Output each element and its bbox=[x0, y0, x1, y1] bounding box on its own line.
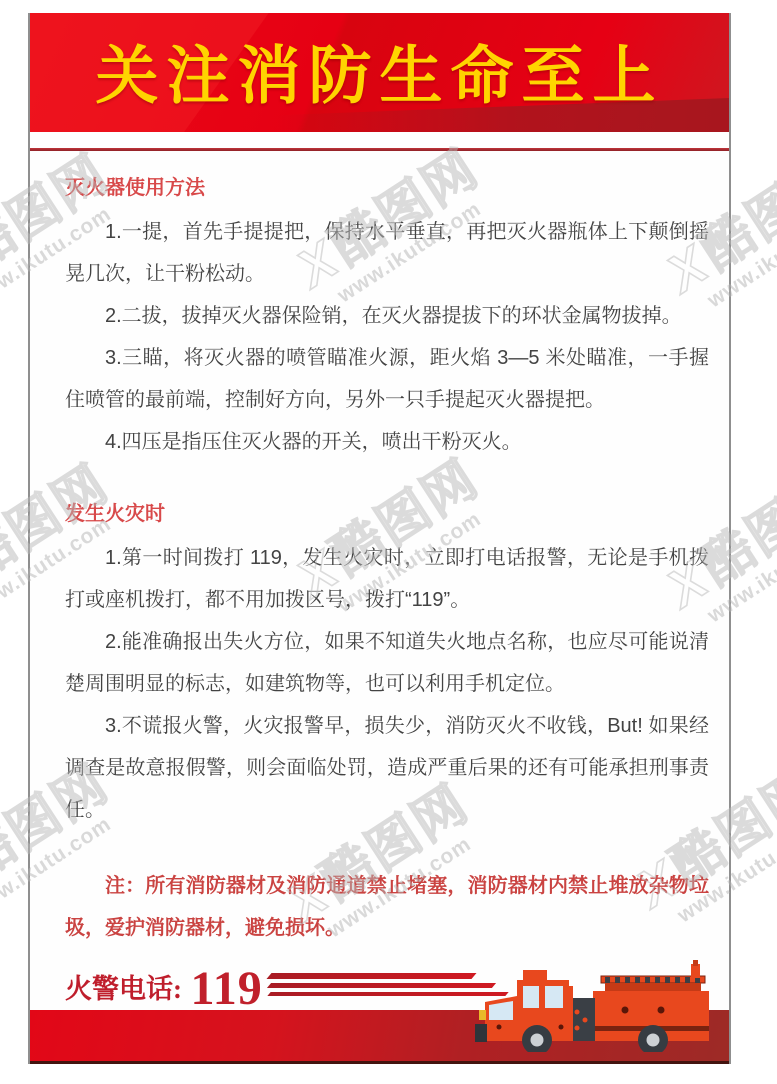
extinguisher-step-4: 4.四压是指压住灭火器的开关，喷出干粉灭火。 bbox=[65, 421, 709, 463]
banner-gap bbox=[30, 132, 729, 148]
fire-step-1: 1.第一时间拨打 119，发生火灾时，立即打电话报警，无论是手机拨打或座机拨打，… bbox=[65, 537, 709, 621]
fire-step-2: 2.能准确报出失火方位，如果不知道失火地点名称，也应尽可能说清楚周围明显的标志，… bbox=[65, 621, 709, 705]
banner: 关注消防生命至上 bbox=[30, 13, 729, 132]
poster-page: 关注消防生命至上 灭火器使用方法 1.一提，首先手提提把，保持水平垂直，再把灭火… bbox=[0, 0, 777, 1084]
footer: 火警电话: 119 bbox=[30, 939, 729, 1064]
extinguisher-step-2: 2.二拔，拔掉灭火器保险销，在灭火器提拔下的环状金属物拔掉。 bbox=[65, 295, 709, 337]
extinguisher-step-3: 3.三瞄，将灭火器的喷管瞄准火源，距火焰 3—5 米处瞄准，一手握住喷管的最前端… bbox=[65, 337, 709, 421]
section-heading-extinguisher: 灭火器使用方法 bbox=[65, 173, 709, 203]
fire-step-3: 3.不谎报火警，火灾报警早，损失少，消防灭火不收钱，But! 如果经调查是故意报… bbox=[65, 705, 709, 831]
fire-hotline-label: 火警电话: bbox=[65, 974, 182, 1004]
fire-hotline: 火警电话: 119 bbox=[65, 961, 507, 1016]
note-text: 注：所有消防器材及消防通道禁止堵塞，消防器材内禁止堆放杂物垃圾，爱护消防器材，避… bbox=[65, 865, 709, 949]
poster-title: 关注消防生命至上 bbox=[30, 25, 729, 116]
content-area: 灭火器使用方法 1.一提，首先手提提把，保持水平垂直，再把灭火器瓶体上下颠倒摇晃… bbox=[30, 151, 729, 949]
extinguisher-step-1: 1.一提，首先手提提把，保持水平垂直，再把灭火器瓶体上下颠倒摇晃几次，让干粉松动… bbox=[65, 211, 709, 295]
fire-hotline-number: 119 bbox=[190, 962, 262, 1015]
poster-frame: 关注消防生命至上 灭火器使用方法 1.一提，首先手提提把，保持水平垂直，再把灭火… bbox=[28, 13, 731, 1064]
section-heading-fire-occurs: 发生火灾时 bbox=[65, 499, 709, 529]
fire-truck-illustration bbox=[465, 952, 713, 1052]
